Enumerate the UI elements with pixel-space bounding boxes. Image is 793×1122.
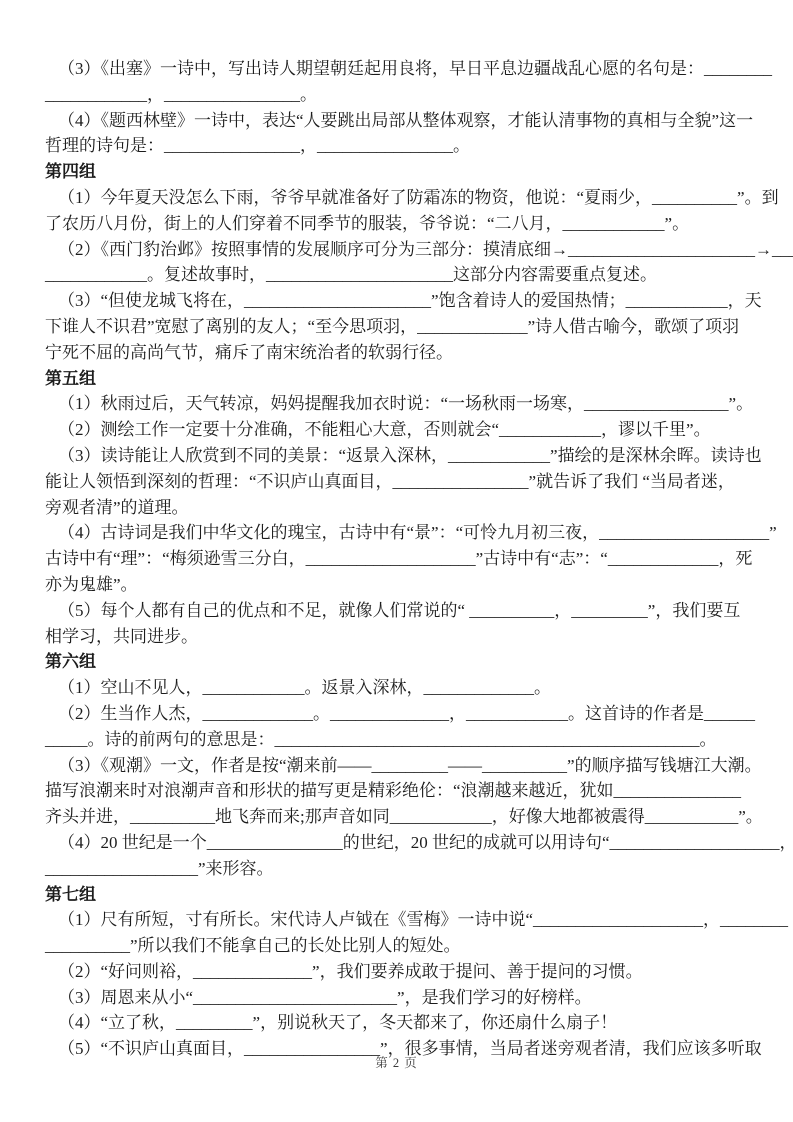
text-line: 古诗中有“理”：“梅须逊雪三分白，____________________”古诗… <box>45 546 751 572</box>
text-line: 描写浪潮来时对浪潮声音和形状的描写更是精彩绝伦：“浪潮越来越近，犹如______… <box>45 778 751 804</box>
group-title: 第四组 <box>45 159 751 185</box>
text-line: （3）周恩来从小“________________________”，是我们学习… <box>45 985 751 1011</box>
text-line: （5）每个人都有自己的优点和不足，就像人们常说的“ __________，___… <box>45 598 751 624</box>
question-group-1: 第四组（1）今年夏天没怎么下雨，爷爷早就准备好了防霜冻的物资，他说：“夏雨少，_… <box>45 159 751 365</box>
text-line: （4）“立了秋，_________”，别说秋天了，冬天都来了，你还扇什么扇子！ <box>45 1010 751 1036</box>
text-line: （3）读诗能让人欣赏到不同的美景：“返景入深林，____________”描绘的… <box>45 443 751 469</box>
group-title: 第五组 <box>45 366 751 392</box>
text-line: 相学习，共同进步。 <box>45 624 751 650</box>
text-line: 齐头并进，__________地飞奔而来;那声音如同____________，好… <box>45 804 751 830</box>
question-group-0: （3）《出塞》一诗中，写出诗人期望朝廷起用良将，早日平息边疆战乱心愿的名句是：_… <box>45 56 751 159</box>
text-line: ____________，________________。 <box>45 82 751 108</box>
text-line: ____________。复述故事时，_____________________… <box>45 262 751 288</box>
text-line: 宁死不屈的高尚气节，痛斥了南宋统治者的软弱行径。 <box>45 340 751 366</box>
text-line: 下谁人不识君”宽慰了离别的友人；“至今思项羽，_____________”诗人借… <box>45 314 751 340</box>
text-line: （2）《西门豹治邺》按照事情的发展顺序可分为三部分：摸清底细→_________… <box>45 237 751 263</box>
text-line: 哲理的诗句是：________________，________________… <box>45 133 751 159</box>
text-line: （3）“但使龙城飞将在，______________________”饱含着诗人… <box>45 288 751 314</box>
text-line: （2）生当作人杰，_____________。______________，__… <box>45 701 751 727</box>
text-line: （2）“好问则裕，______________”，我们要养成敢于提问、善于提问的… <box>45 959 751 985</box>
text-line: （4）古诗词是我们中华文化的瑰宝，古诗中有“景”：“可怜九月初三夜，______… <box>45 520 751 546</box>
text-line: （1）尺有所短，寸有所长。宋代诗人卢钺在《雪梅》一诗中说“___________… <box>45 907 751 933</box>
question-group-3: 第六组（1）空山不见人，____________。返景入深林，_________… <box>45 649 751 881</box>
text-line: （1）秋雨过后，天气转凉，妈妈提醒我加衣时说：“一场秋雨一场寒，________… <box>45 391 751 417</box>
text-line: __________”所以我们不能拿自己的长处比别人的短处。 <box>45 933 751 959</box>
text-line: 了农历八月份，街上的人们穿着不同季节的服装，爷爷说：“二八月，_________… <box>45 211 751 237</box>
text-line: 旁观者清”的道理。 <box>45 495 751 521</box>
question-group-2: 第五组（1）秋雨过后，天气转凉，妈妈提醒我加衣时说：“一场秋雨一场寒，_____… <box>45 366 751 650</box>
group-title: 第七组 <box>45 882 751 908</box>
text-line: （2）测绘工作一定要十分准确，不能粗心大意，否则就会“____________，… <box>45 417 751 443</box>
text-line: __________________”来形容。 <box>45 856 751 882</box>
text-line: 能让人领悟到深刻的哲理：“不识庐山真面目，________________”就告… <box>45 469 751 495</box>
text-line: （1）空山不见人，____________。返景入深林，____________… <box>45 675 751 701</box>
worksheet-page: （3）《出塞》一诗中，写出诗人期望朝廷起用良将，早日平息边疆战乱心愿的名句是：_… <box>0 0 793 1122</box>
text-line: （4）《题西林壁》一诗中，表达“人要跳出局部从整体观察，才能认清事物的真相与全貌… <box>45 108 751 134</box>
page-number: 第 2 页 <box>0 1053 793 1071</box>
text-line: （4）20 世纪是一个________________的世纪，20 世纪的成就可… <box>45 830 751 856</box>
group-title: 第六组 <box>45 649 751 675</box>
text-line: _____。诗的前两句的意思是：________________________… <box>45 727 751 753</box>
document-body: （3）《出塞》一诗中，写出诗人期望朝廷起用良将，早日平息边疆战乱心愿的名句是：_… <box>45 56 751 1062</box>
text-line: 亦为鬼雄”。 <box>45 572 751 598</box>
question-group-4: 第七组（1）尺有所短，寸有所长。宋代诗人卢钺在《雪梅》一诗中说“________… <box>45 882 751 1063</box>
text-line: （3）《出塞》一诗中，写出诗人期望朝廷起用良将，早日平息边疆战乱心愿的名句是：_… <box>45 56 751 82</box>
text-line: （3）《观潮》一文，作者是按“潮来前——_________——_________… <box>45 753 751 779</box>
text-line: （1）今年夏天没怎么下雨，爷爷早就准备好了防霜冻的物资，他说：“夏雨少，____… <box>45 185 751 211</box>
